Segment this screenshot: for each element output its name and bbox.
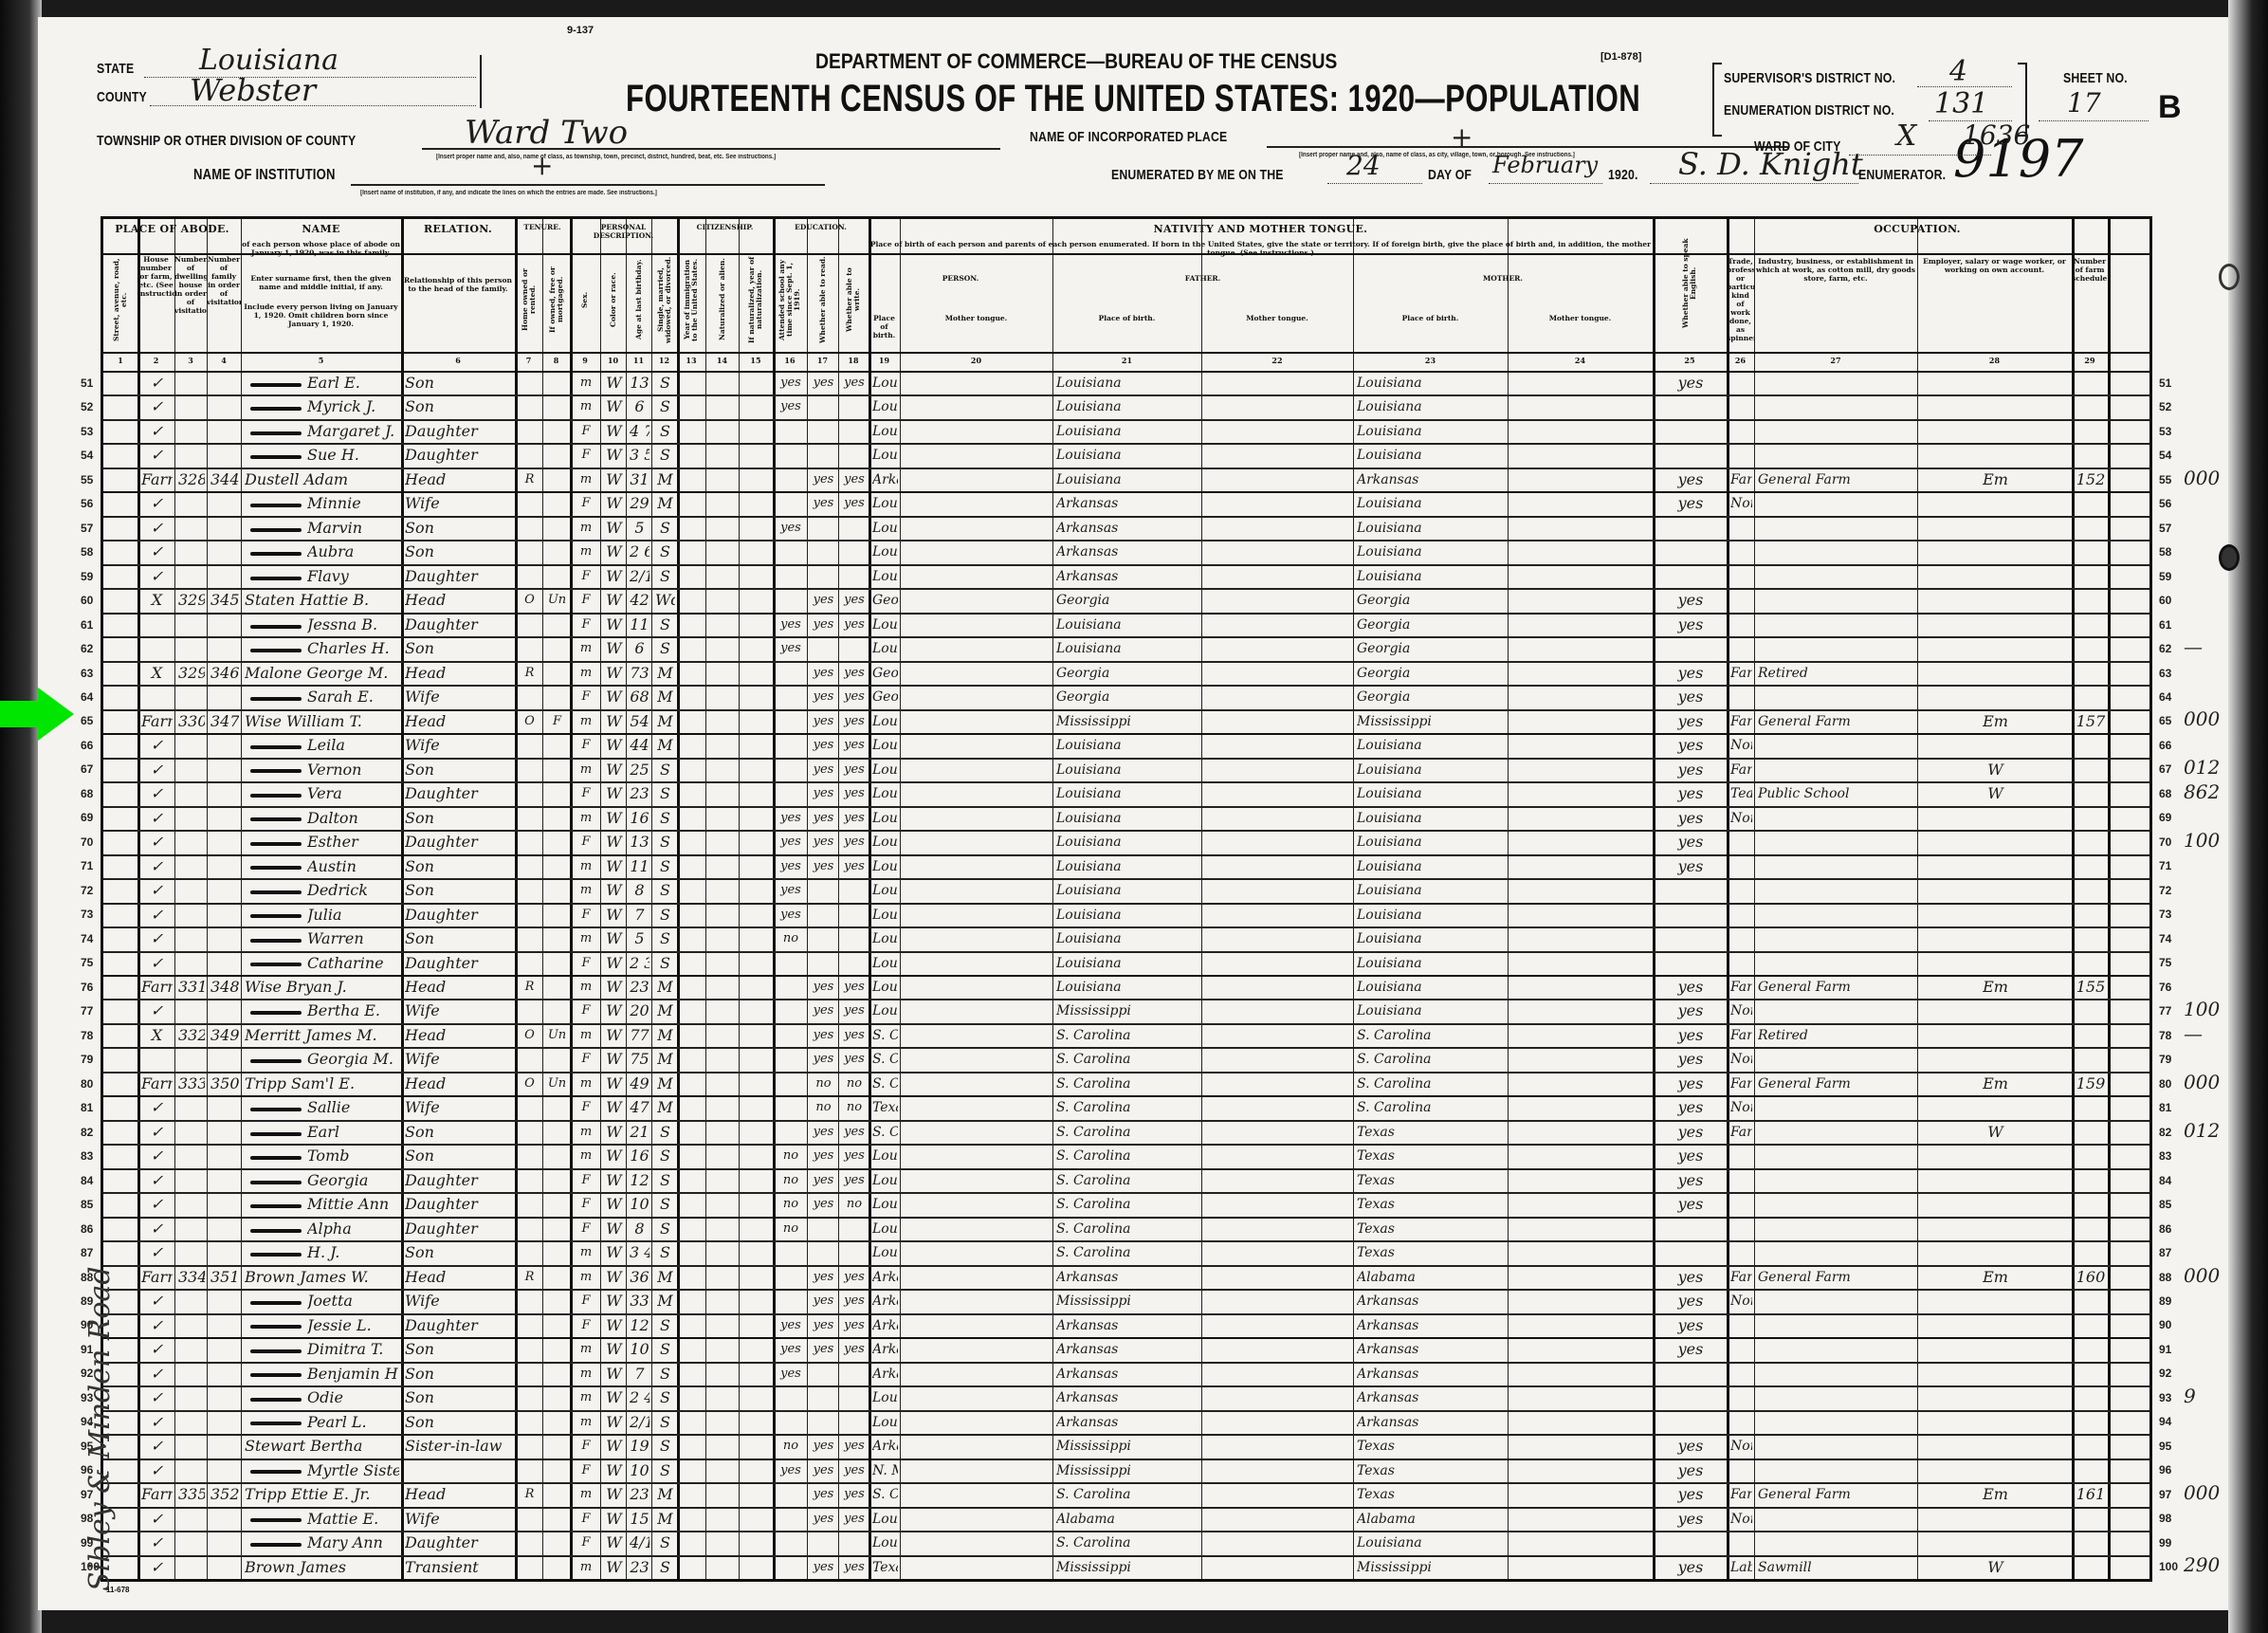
table-row[interactable]: Georgia M.WifeFW75MyesyesS. CarolinaS. C… xyxy=(103,1047,2155,1071)
cell-relation: Son xyxy=(405,1242,513,1263)
margin-code-note: 000 xyxy=(2184,1264,2220,1287)
cell-f-pob: S. Carolina xyxy=(1056,1242,1199,1263)
cell-sex: m xyxy=(574,1073,598,1094)
cell-industry: General Farm xyxy=(1758,1267,1915,1288)
cell-age: 4 7/12 xyxy=(630,421,649,442)
cell-m-pob: Georgia xyxy=(1357,638,1506,659)
cell-m-pob: Georgia xyxy=(1357,615,1506,635)
column-number: 14 xyxy=(705,356,739,369)
cell-house: ✓ xyxy=(141,1242,173,1263)
cell-house: ✓ xyxy=(141,1122,173,1143)
cell-name: Flavy xyxy=(307,566,399,587)
cell-sex: F xyxy=(574,1460,598,1481)
table-row[interactable]: ✓DedrickSonmW8SyesLouisianaLouisianaLoui… xyxy=(103,878,2155,902)
cell-sex: F xyxy=(574,421,598,442)
supervisor-value: 4 xyxy=(1949,55,1967,88)
form-number: 9-137 xyxy=(567,25,594,36)
line-number: 51 xyxy=(81,376,93,390)
cell-race: W xyxy=(604,1049,624,1070)
table-row[interactable]: ✓FlavyDaughterFW2/12SLouisianaArkansasLo… xyxy=(103,564,2155,588)
table-row[interactable]: ✓Dimitra T.SonmW10SyesyesyesArkansasArka… xyxy=(103,1337,2155,1361)
cell-marital: M xyxy=(655,1025,675,1046)
green-arrow-icon xyxy=(0,688,74,741)
table-row[interactable]: ✓TombSonmW16SnoyesyesLouisianaS. Carolin… xyxy=(103,1144,2155,1167)
cell-sex: m xyxy=(574,469,598,490)
table-row[interactable]: ✓Earl E.SonmW13SyesyesyesLouisianaLouisi… xyxy=(103,371,2155,394)
table-row[interactable]: ✓Pearl L.SonmW2/12SLouisianaArkansasArka… xyxy=(103,1410,2155,1434)
cell-age: 16 xyxy=(630,1146,649,1166)
cell-sex: m xyxy=(574,856,598,877)
cell-sex: m xyxy=(574,808,598,829)
table-row[interactable]: Sarah E.WifeFW68MyesyesGeorgiaGeorgiaGeo… xyxy=(103,685,2155,708)
column-number: 21 xyxy=(1052,356,1201,369)
cell-school: yes xyxy=(777,856,805,877)
cell-m-pob: Texas xyxy=(1357,1242,1506,1263)
table-row[interactable]: ✓VeraDaughterFW23SyesyesLouisianaLouisia… xyxy=(103,781,2155,805)
table-row[interactable]: Farm328344Dustell AdamHeadRmW31MyesyesAr… xyxy=(103,468,2155,491)
ditto-surname-dash xyxy=(250,431,302,435)
column-number: 7 xyxy=(515,356,542,369)
column-number: 11 xyxy=(626,356,651,369)
census-table: PLACE OF ABODE.Street, avenue, road, etc… xyxy=(101,216,2152,1582)
cell-m-pob: Louisiana xyxy=(1357,905,1506,926)
cell-relation: Daughter xyxy=(405,1194,513,1215)
cell-family: 346 xyxy=(210,663,239,684)
cell-house: ✓ xyxy=(141,1460,173,1481)
cell-relation: Son xyxy=(405,1412,513,1433)
table-row[interactable]: ✓GeorgiaDaughterFW12SnoyesyesLouisianaS.… xyxy=(103,1168,2155,1192)
ditto-surname-dash xyxy=(250,1181,302,1184)
cell-m-pob: Alabama xyxy=(1357,1267,1506,1288)
cell-house: ✓ xyxy=(141,880,173,901)
margin-code-note: 012 xyxy=(2184,756,2220,779)
cell-name: Joetta xyxy=(307,1291,399,1312)
header-c1: Street, avenue, road, etc. xyxy=(103,255,137,350)
header-c24-text: Mother tongue. xyxy=(1549,314,1612,322)
cell-relation: Head xyxy=(405,1073,513,1094)
cell-english: yes xyxy=(1656,760,1725,780)
ditto-surname-dash xyxy=(250,1470,302,1474)
table-row[interactable]: ✓JoettaWifeFW33MyesyesArkansasMississipp… xyxy=(103,1289,2155,1312)
table-row[interactable]: Farm331348Wise Bryan J.HeadRmW23MyesyesL… xyxy=(103,975,2155,999)
cell-age: 36 xyxy=(630,1267,649,1288)
table-row[interactable]: ✓Sue H.DaughterFW3 5/12SLouisianaLouisia… xyxy=(103,443,2155,467)
cell-name: Esther xyxy=(307,832,399,853)
cell-m-pob: Louisiana xyxy=(1357,760,1506,780)
scan-right-edge xyxy=(2228,0,2268,1633)
header-c20: Mother tongue. xyxy=(900,314,1052,342)
cell-marital: S xyxy=(655,373,675,394)
table-row[interactable]: Charles H.SonmW6SyesLouisianaLouisianaGe… xyxy=(103,636,2155,660)
table-row[interactable]: ✓JuliaDaughterFW7SyesLouisianaLouisianaL… xyxy=(103,903,2155,927)
cell-marital: S xyxy=(655,1242,675,1263)
cell-house: ✓ xyxy=(141,566,173,587)
table-row[interactable]: ✓EarlSonmW21SyesyesS. CarolinaS. Carolin… xyxy=(103,1120,2155,1144)
column-number: 15 xyxy=(739,356,773,369)
cell-sex: F xyxy=(574,566,598,587)
cell-age: 10 xyxy=(630,1460,649,1481)
cell-house: ✓ xyxy=(141,783,173,804)
header-c19-text: Place of birth. xyxy=(873,314,896,339)
cell-race: W xyxy=(604,1267,624,1288)
cell-relation: Head xyxy=(405,1484,513,1505)
cell-race: W xyxy=(604,445,624,466)
cell-pob: Louisiana xyxy=(872,1000,898,1021)
ditto-surname-dash xyxy=(250,890,302,894)
cell-write: yes xyxy=(842,1146,867,1166)
cell-name: Georgia M. xyxy=(307,1049,399,1070)
table-row[interactable]: ✓VernonSonmW25SyesyesLouisianaLouisianaL… xyxy=(103,758,2155,781)
cell-name: Charles H. xyxy=(307,638,399,659)
cell-write: no xyxy=(842,1073,867,1094)
cell-m-pob: Louisiana xyxy=(1357,977,1506,998)
cell-pob: S. Carolina xyxy=(872,1122,898,1143)
cell-f-pob: Arkansas xyxy=(1056,1339,1199,1360)
cell-pob: Arkansas xyxy=(872,1315,898,1336)
cell-f-pob: Louisiana xyxy=(1056,953,1199,974)
cell-english: yes xyxy=(1656,1097,1725,1118)
cell-name: Dalton xyxy=(307,808,399,829)
cell-sex: m xyxy=(574,928,598,949)
state-label: STATE xyxy=(97,61,134,77)
header-c13-text: Year of immigration to the United States… xyxy=(684,255,699,344)
table-row[interactable]: Farm334351Brown James W.HeadRmW36Myesyes… xyxy=(103,1265,2155,1289)
cell-relation: Daughter xyxy=(405,615,513,635)
cell-name: Sarah E. xyxy=(307,687,399,707)
cell-name: Jessie L. xyxy=(307,1315,399,1336)
table-row[interactable]: ✓AubraSonmW2 6/12SLouisianaArkansasLouis… xyxy=(103,540,2155,563)
cell-pob: S. Carolina xyxy=(872,1025,898,1046)
table-row[interactable]: ✓AlphaDaughterFW8SnoLouisianaS. Carolina… xyxy=(103,1217,2155,1240)
table-row[interactable]: X329346Malone George M.HeadRmW73MyesyesG… xyxy=(103,661,2155,685)
cell-write: yes xyxy=(842,783,867,804)
cell-name: Myrtle Sister-in-law xyxy=(307,1460,399,1481)
margin-code-note: — xyxy=(2184,635,2203,658)
cell-school: no xyxy=(777,1170,805,1191)
cell-read: yes xyxy=(811,1339,836,1360)
table-row[interactable]: X332349Merritt James M.HeadOUnmW77Myesye… xyxy=(103,1023,2155,1047)
table-row[interactable]: X329345Staten Hattie B.HeadOUnFW42Wdyesy… xyxy=(103,588,2155,612)
table-row[interactable]: ✓AustinSonmW11SyesyesyesLouisianaLouisia… xyxy=(103,854,2155,878)
cell-sex: F xyxy=(574,832,598,853)
ditto-surname-dash xyxy=(250,1301,302,1305)
cell-relation: Daughter xyxy=(405,566,513,587)
cell-m-pob: Louisiana xyxy=(1357,373,1506,394)
cell-english: yes xyxy=(1656,1291,1725,1312)
cell-trade: Farmer xyxy=(1730,760,1752,780)
cell-race: W xyxy=(604,493,624,514)
line-number: 84 xyxy=(2159,1174,2171,1187)
cell-english: yes xyxy=(1656,1315,1725,1336)
line-number: 59 xyxy=(81,570,93,583)
header-education-text: EDUCATION. xyxy=(795,223,847,231)
cell-pob: Louisiana xyxy=(872,615,898,635)
table-row[interactable]: ✓Myrick J.SonmW6SyesLouisianaLouisianaLo… xyxy=(103,394,2155,418)
cell-age: 10 xyxy=(630,1339,649,1360)
cell-relation: Son xyxy=(405,638,513,659)
cell-home: R xyxy=(519,1484,540,1505)
table-row[interactable]: Farm330347Wise William T.HeadOFmW54Myesy… xyxy=(103,709,2155,733)
table-row[interactable]: ✓EstherDaughterFW13SyesyesyesLouisianaLo… xyxy=(103,830,2155,853)
cell-f-pob: S. Carolina xyxy=(1056,1219,1199,1239)
cell-age: 7 xyxy=(630,905,649,926)
table-row[interactable]: ✓Myrtle Sister-in-lawFW10SyesyesyesN. Me… xyxy=(103,1459,2155,1482)
cell-pob: Louisiana xyxy=(872,1146,898,1166)
cell-race: W xyxy=(604,1436,624,1457)
cell-name: Brown James W. xyxy=(245,1267,399,1288)
cell-name: Pearl L. xyxy=(307,1412,399,1433)
cell-read: yes xyxy=(811,735,836,756)
cell-race: W xyxy=(604,880,624,901)
cell-name: Tomb xyxy=(307,1146,399,1166)
cell-marital: S xyxy=(655,760,675,780)
cell-f-pob: S. Carolina xyxy=(1056,1073,1199,1094)
ditto-surname-dash xyxy=(250,1543,302,1547)
cell-emp: W xyxy=(1921,1122,2070,1143)
cell-f-pob: S. Carolina xyxy=(1056,1532,1199,1553)
cell-marital: S xyxy=(655,1364,675,1385)
cell-race: W xyxy=(604,1387,624,1408)
cell-industry: Retired xyxy=(1758,1025,1915,1046)
cell-sex: F xyxy=(574,735,598,756)
cell-pob: Louisiana xyxy=(872,808,898,829)
line-number: 53 xyxy=(81,425,93,438)
cell-write: yes xyxy=(842,711,867,732)
cell-pob: Louisiana xyxy=(872,953,898,974)
cell-pob: Louisiana xyxy=(872,760,898,780)
ditto-surname-dash xyxy=(250,407,302,411)
cell-age: 13 xyxy=(630,373,649,394)
cell-age: 5 xyxy=(630,928,649,949)
cell-name: Earl xyxy=(307,1122,399,1143)
table-row[interactable]: ✓Bertha E.WifeFW20MyesyesLouisianaMissis… xyxy=(103,999,2155,1022)
line-number: 93 xyxy=(2159,1391,2171,1404)
department-title: DEPARTMENT OF COMMERCE—BUREAU OF THE CEN… xyxy=(815,49,1337,74)
cell-mort: F xyxy=(546,711,568,732)
cell-race: W xyxy=(604,1364,624,1385)
table-row[interactable]: ✓MinnieWifeFW29MyesyesLouisianaArkansasL… xyxy=(103,491,2155,515)
table-row[interactable]: ✓SallieWifeFW47MnonoTexasS. CarolinaS. C… xyxy=(103,1095,2155,1119)
cell-name: Dedrick xyxy=(307,880,399,901)
cell-m-pob: S. Carolina xyxy=(1357,1073,1506,1094)
line-number: 63 xyxy=(2159,667,2171,680)
cell-write: yes xyxy=(842,808,867,829)
cell-f-pob: Arkansas xyxy=(1056,493,1199,514)
table-row[interactable]: Jessna B.DaughterFW11SyesyesyesLouisiana… xyxy=(103,613,2155,636)
table-row[interactable]: ✓Mittie AnnDaughterFW10SnoyesnoLouisiana… xyxy=(103,1192,2155,1216)
cell-pob: Louisiana xyxy=(872,905,898,926)
cell-m-pob: Mississippi xyxy=(1357,1557,1506,1578)
cell-f-pob: Louisiana xyxy=(1056,615,1199,635)
table-row[interactable]: ✓Benjamin H.SonmW7SyesArkansasArkansasAr… xyxy=(103,1362,2155,1385)
cell-race: W xyxy=(604,1412,624,1433)
line-number: 68 xyxy=(2159,787,2171,800)
cell-write: yes xyxy=(842,1122,867,1143)
table-row[interactable]: ✓LeilaWifeFW44MyesyesLouisianaLouisianaL… xyxy=(103,733,2155,757)
header-tenure: TENURE. xyxy=(515,223,570,249)
cell-f-pob: Louisiana xyxy=(1056,760,1199,780)
header-father: FATHER. xyxy=(1052,274,1353,293)
cell-m-pob: S. Carolina xyxy=(1357,1049,1506,1070)
table-row[interactable]: Farm335352Tripp Ettie E. Jr.HeadRmW23Mye… xyxy=(103,1482,2155,1506)
cell-name: Mary Ann xyxy=(307,1532,399,1553)
line-number: 66 xyxy=(2159,739,2171,752)
cell-house: ✓ xyxy=(141,1315,173,1336)
cell-trade: None xyxy=(1730,1000,1752,1021)
cell-sex: m xyxy=(574,663,598,684)
header-c14-text: Naturalized or alien. xyxy=(719,255,726,344)
cell-race: W xyxy=(604,638,624,659)
cell-sex: F xyxy=(574,1170,598,1191)
column-number: 18 xyxy=(838,356,869,369)
line-number: 51 xyxy=(2159,376,2171,390)
cell-race: W xyxy=(604,808,624,829)
cell-name: Mittie Ann xyxy=(307,1194,399,1215)
table-row[interactable]: ✓Mattie E.WifeFW15MyesyesLouisianaAlabam… xyxy=(103,1507,2155,1531)
margin-code-note: 012 xyxy=(2184,1119,2220,1142)
ditto-surname-dash xyxy=(250,552,302,556)
cell-pob: Louisiana xyxy=(872,1412,898,1433)
line-number: 53 xyxy=(2159,425,2171,438)
line-number: 92 xyxy=(2159,1367,2171,1380)
cell-name: Julia xyxy=(307,905,399,926)
table-row[interactable]: Farm333350Tripp Sam'l E.HeadOUnmW49Mnono… xyxy=(103,1072,2155,1095)
header-c15: If naturalized, year of naturalization. xyxy=(739,255,773,350)
table-row[interactable]: ✓OdieSonmW2 4/12SLouisianaArkansasArkans… xyxy=(103,1385,2155,1409)
header-c10: Color or race. xyxy=(600,255,626,350)
cell-m-pob: Louisiana xyxy=(1357,953,1506,974)
cell-f-pob: Louisiana xyxy=(1056,373,1199,394)
table-row[interactable]: ✓CatharineDaughterFW2 3/12SLouisianaLoui… xyxy=(103,951,2155,975)
cell-name: Leila xyxy=(307,735,399,756)
header-c8: If owned, free or mortgaged. xyxy=(542,255,570,350)
cell-emp: W xyxy=(1921,783,2070,804)
cell-english: yes xyxy=(1656,1509,1725,1530)
incorporated-label: NAME OF INCORPORATED PLACE xyxy=(1030,129,1227,145)
cell-family: 350 xyxy=(210,1073,239,1094)
cell-english: yes xyxy=(1656,783,1725,804)
line-number: 64 xyxy=(2159,690,2171,704)
header-nativity-desc-text: Place of birth of each person and parent… xyxy=(870,240,1651,257)
cell-school: yes xyxy=(777,638,805,659)
cell-age: 11 xyxy=(630,856,649,877)
line-number: 77 xyxy=(2159,1004,2171,1018)
cell-trade: Farmer xyxy=(1730,1073,1752,1094)
column-number: 8 xyxy=(542,356,570,369)
cell-f-pob: S. Carolina xyxy=(1056,1146,1199,1166)
margin-code-note: 290 xyxy=(2184,1553,2220,1576)
cell-read: yes xyxy=(811,1049,836,1070)
cell-name: Wise William T. xyxy=(245,711,399,732)
ditto-surname-dash xyxy=(250,842,302,846)
header-c22-text: Mother tongue. xyxy=(1246,314,1308,322)
cell-race: W xyxy=(604,663,624,684)
table-row[interactable]: ✓Margaret J.DaughterFW4 7/12SLouisianaLo… xyxy=(103,419,2155,443)
cell-marital: M xyxy=(655,977,675,998)
table-row[interactable]: ✓Brown JamesTransientmW23SyesyesTexasMis… xyxy=(103,1555,2155,1579)
table-row[interactable]: ✓DaltonSonmW16SyesyesyesLouisianaLouisia… xyxy=(103,806,2155,830)
table-row[interactable]: ✓H. J.SonmW3 4/12SLouisianaS. CarolinaTe… xyxy=(103,1240,2155,1264)
header-c14: Naturalized or alien. xyxy=(705,255,739,350)
column-number: 24 xyxy=(1508,356,1653,369)
header-relation-text: RELATION. xyxy=(424,223,492,235)
cell-house: ✓ xyxy=(141,856,173,877)
cell-pob: Georgia xyxy=(872,590,898,611)
line-number: 74 xyxy=(2159,932,2171,945)
cell-race: W xyxy=(604,1025,624,1046)
cell-house: ✓ xyxy=(141,1146,173,1166)
cell-pob: Texas xyxy=(872,1557,898,1578)
line-number: 70 xyxy=(2159,835,2171,849)
column-number: 2 xyxy=(137,356,174,369)
header-place-of-abode: PLACE OF ABODE. xyxy=(103,223,241,251)
sheet-side: B xyxy=(2158,89,2182,126)
cell-farm: 155 xyxy=(2076,977,2106,998)
cell-name: Stewart Bertha xyxy=(245,1436,399,1457)
census-sheet: STATE Louisiana COUNTY Webster 9-137 DEP… xyxy=(38,17,2228,1610)
cell-read: yes xyxy=(811,590,836,611)
cell-race: W xyxy=(604,1194,624,1215)
cell-sex: F xyxy=(574,1532,598,1553)
table-row[interactable]: ✓Mary AnnDaughterFW4/12SLouisianaS. Caro… xyxy=(103,1531,2155,1554)
table-row[interactable]: ✓Stewart BerthaSister-in-lawFW19Snoyesye… xyxy=(103,1434,2155,1458)
cell-house: Farm xyxy=(141,1484,173,1505)
header-mother-text: MOTHER. xyxy=(1483,274,1523,283)
header-c12: Single, married, widowed, or divorced. xyxy=(651,255,677,350)
cell-home: O xyxy=(519,1073,540,1094)
line-number: 98 xyxy=(2159,1512,2171,1525)
cell-relation: Head xyxy=(405,977,513,998)
header-person: PERSON. xyxy=(869,274,1052,293)
cell-industry: General Farm xyxy=(1758,469,1915,490)
ditto-surname-dash xyxy=(250,1373,302,1377)
cell-relation: Son xyxy=(405,880,513,901)
cell-race: W xyxy=(604,977,624,998)
cell-m-pob: S. Carolina xyxy=(1357,1097,1506,1118)
cell-m-pob: Louisiana xyxy=(1357,808,1506,829)
cell-name: Tripp Sam'l E. xyxy=(245,1073,399,1094)
table-row[interactable]: ✓WarrenSonmW5SnoLouisianaLouisianaLouisi… xyxy=(103,927,2155,950)
district-bracket-left xyxy=(1712,63,1722,137)
cell-f-pob: Arkansas xyxy=(1056,1315,1199,1336)
cell-dwelling: 331 xyxy=(178,977,205,998)
cell-sex: m xyxy=(574,711,598,732)
line-number: 79 xyxy=(2159,1053,2171,1066)
cell-emp: W xyxy=(1921,1557,2070,1578)
cell-write: yes xyxy=(842,590,867,611)
margin-code-note: 000 xyxy=(2184,467,2220,489)
header-name-desc2-text: Enter surname first, then the given name… xyxy=(250,274,391,291)
cell-age: 75 xyxy=(630,1049,649,1070)
table-row[interactable]: ✓Jessie L.DaughterFW12SyesyesyesArkansas… xyxy=(103,1313,2155,1337)
cell-m-pob: Louisiana xyxy=(1357,445,1506,466)
cell-trade: Farmer xyxy=(1730,1122,1752,1143)
cell-marital: S xyxy=(655,615,675,635)
county-value: Webster xyxy=(190,72,316,108)
cell-home: O xyxy=(519,711,540,732)
cell-house: ✓ xyxy=(141,1291,173,1312)
cell-pob: S. Carolina xyxy=(872,1073,898,1094)
cell-f-pob: Louisiana xyxy=(1056,880,1199,901)
sheet-label: SHEET NO. xyxy=(2063,70,2128,86)
cell-name: Myrick J. xyxy=(307,396,399,417)
header-name-desc2: Enter surname first, then the given name… xyxy=(241,274,401,297)
cell-name: Georgia xyxy=(307,1170,399,1191)
cell-m-pob: Texas xyxy=(1357,1460,1506,1481)
state-bracket xyxy=(476,55,482,108)
table-row[interactable]: ✓MarvinSonmW5SyesLouisianaArkansasLouisi… xyxy=(103,516,2155,540)
cell-m-pob: Louisiana xyxy=(1357,541,1506,562)
